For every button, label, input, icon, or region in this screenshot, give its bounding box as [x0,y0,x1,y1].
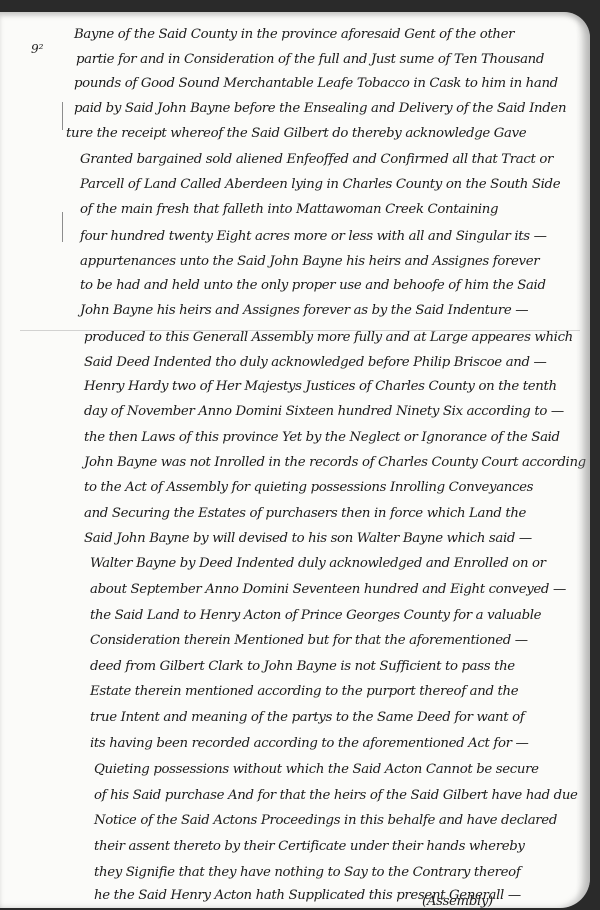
text-line: of the main fresh that falleth into Matt… [80,200,498,220]
text-line: day of November Anno Domini Sixteen hund… [84,402,564,422]
text-line: true Intent and meaning of the partys to… [90,708,524,728]
text-line: Estate therein mentioned according to th… [90,682,518,702]
text-line: Said John Bayne by will devised to his s… [84,529,532,549]
text-line: four hundred twenty Eight acres more or … [80,227,547,247]
text-line: John Bayne was not Inrolled in the recor… [84,453,586,473]
margin-bracket-mark [62,212,63,242]
text-line: appurtenances unto the Said John Bayne h… [80,252,539,272]
text-line: the then Laws of this province Yet by th… [84,428,560,448]
text-line: to be had and held unto the only proper … [80,276,546,296]
text-line: Notice of the Said Actons Proceedings in… [94,811,557,831]
text-line: Said Deed Indented tho duly acknowledged… [84,353,546,373]
text-line: Parcell of Land Called Aberdeen lying in… [80,175,560,195]
text-line: its having been recorded according to th… [90,734,528,754]
text-line-catchword: (Assembly) [422,892,493,908]
text-line: about September Anno Domini Seventeen hu… [90,580,566,600]
text-line: produced to this Generall Assembly more … [84,328,573,348]
text-line: to the Act of Assembly for quieting poss… [84,478,533,498]
text-line: deed from Gilbert Clark to John Bayne is… [90,657,515,677]
text-line: their assent thereto by their Certificat… [94,837,525,857]
text-line: ture the receipt whereof the Said Gilber… [66,124,526,144]
text-line: pounds of Good Sound Merchantable Leafe … [74,74,558,94]
text-line: the Said Land to Henry Acton of Prince G… [90,606,541,626]
folio-number: 9² [31,42,43,56]
text-line: Bayne of the Said County in the province… [74,25,514,45]
text-line: Consideration therein Mentioned but for … [90,631,528,651]
text-line: John Bayne his heirs and Assignes foreve… [80,301,528,321]
text-line: and Securing the Estates of purchasers t… [84,504,526,524]
text-line: they Signifie that they have nothing to … [94,863,520,883]
text-line: paid by Said John Bayne before the Ensea… [74,99,566,119]
text-line: Granted bargained sold aliened Enfeoffed… [80,150,553,170]
text-line: Henry Hardy two of Her Majestys Justices… [84,377,557,397]
margin-bracket-mark [62,102,63,130]
text-line: Quieting possessions without which the S… [94,760,539,780]
scanned-document: 9² Bayne of the Said County in the provi… [0,0,600,910]
text-line: of his Said purchase And for that the he… [94,786,578,806]
text-line: Walter Bayne by Deed Indented duly ackno… [90,554,546,574]
manuscript-page: 9² Bayne of the Said County in the provi… [0,12,590,908]
text-line: partie for and in Consideration of the f… [76,50,544,70]
